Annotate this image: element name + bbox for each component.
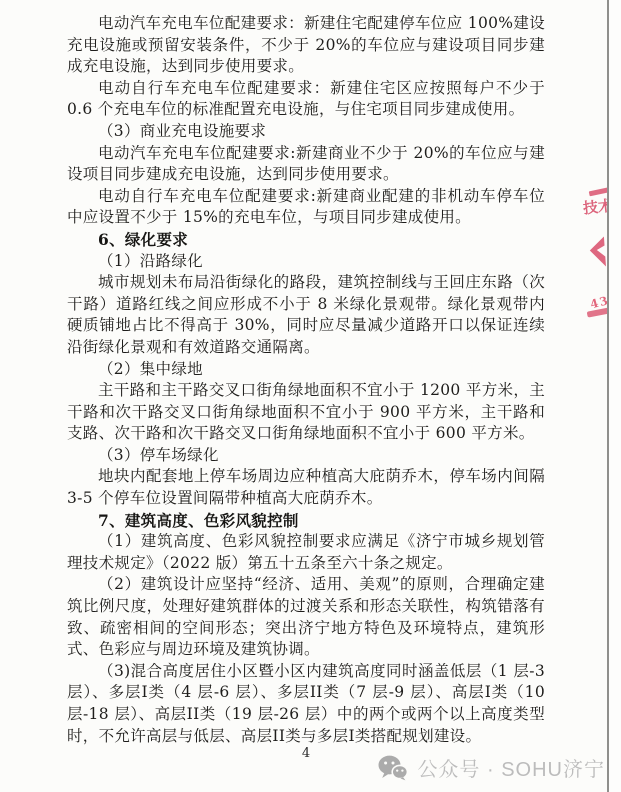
paragraph: 电动汽车充电车位配建要求：新建住宅配建停车位应 100%建设充电设施或预留安装条… xyxy=(67,13,545,78)
paragraph: （3)混合高度居住小区暨小区内建筑高度同时涵盖低层（1 层-3 层）、多层I类（… xyxy=(67,661,545,745)
stamp-chevron-icon xyxy=(588,236,607,268)
paragraph: 电动自行车充电车位配建要求:新建商业配建的非机动车停车位中应设置不少于 15%的… xyxy=(67,186,545,229)
document-page: 电动汽车充电车位配建要求：新建住宅配建停车位应 100%建设充电设施或预留安装条… xyxy=(0,0,621,792)
page-number: 4 xyxy=(67,746,545,761)
paragraph: （1）沿路绿化 xyxy=(67,251,545,273)
paragraph: 电动自行车充电车位配建要求：新建住宅区应按照每户不少于 0.6 个充电车位的标准… xyxy=(67,78,545,121)
stamp-text-fragment: 技术 xyxy=(582,194,608,218)
paragraph: （3）商业充电设施要求 xyxy=(67,121,545,143)
paragraph: 地块内配套地上停车场周边应种植高大庇荫乔木，停车场内间隔 3-5 个停车位设置间… xyxy=(67,466,545,509)
paragraph: （2）建筑设计应坚持“经济、适用、美观”的原则，合理确定建筑比例尺度，处理好建筑… xyxy=(67,574,545,660)
stamp-border-fragment xyxy=(589,187,608,197)
paragraph: 城市规划未布局沿街绿化的路段，建筑控制线与王回庄东路（次干路）道路红线之间应形成… xyxy=(67,272,545,358)
paragraph: 主干路和主干路交叉口街角绿地面积不宜小于 1200 平方米，主干路和次干路交叉口… xyxy=(67,380,545,445)
paragraph: （2）集中绿地 xyxy=(67,359,545,381)
stamp-number: 430 xyxy=(589,291,608,312)
stamp-border-fragment-2 xyxy=(587,306,608,317)
section-heading: 7、建筑高度、色彩风貌控制 xyxy=(67,510,545,532)
paragraph: （3）停车场绿化 xyxy=(67,445,545,467)
paragraph: （1）建筑高度、色彩风貌控制要求应满足《济宁市城乡规划管理技术规定》（2022 … xyxy=(67,531,545,574)
document-body: 电动汽车充电车位配建要求：新建住宅配建停车位应 100%建设充电设施或预留安装条… xyxy=(67,13,545,745)
scan-margin xyxy=(609,0,621,792)
paragraph: 电动汽车充电车位配建要求:新建商业不少于 20%的车位应与建设项目同步建成充电设… xyxy=(67,143,545,186)
section-heading: 6、绿化要求 xyxy=(67,229,545,251)
